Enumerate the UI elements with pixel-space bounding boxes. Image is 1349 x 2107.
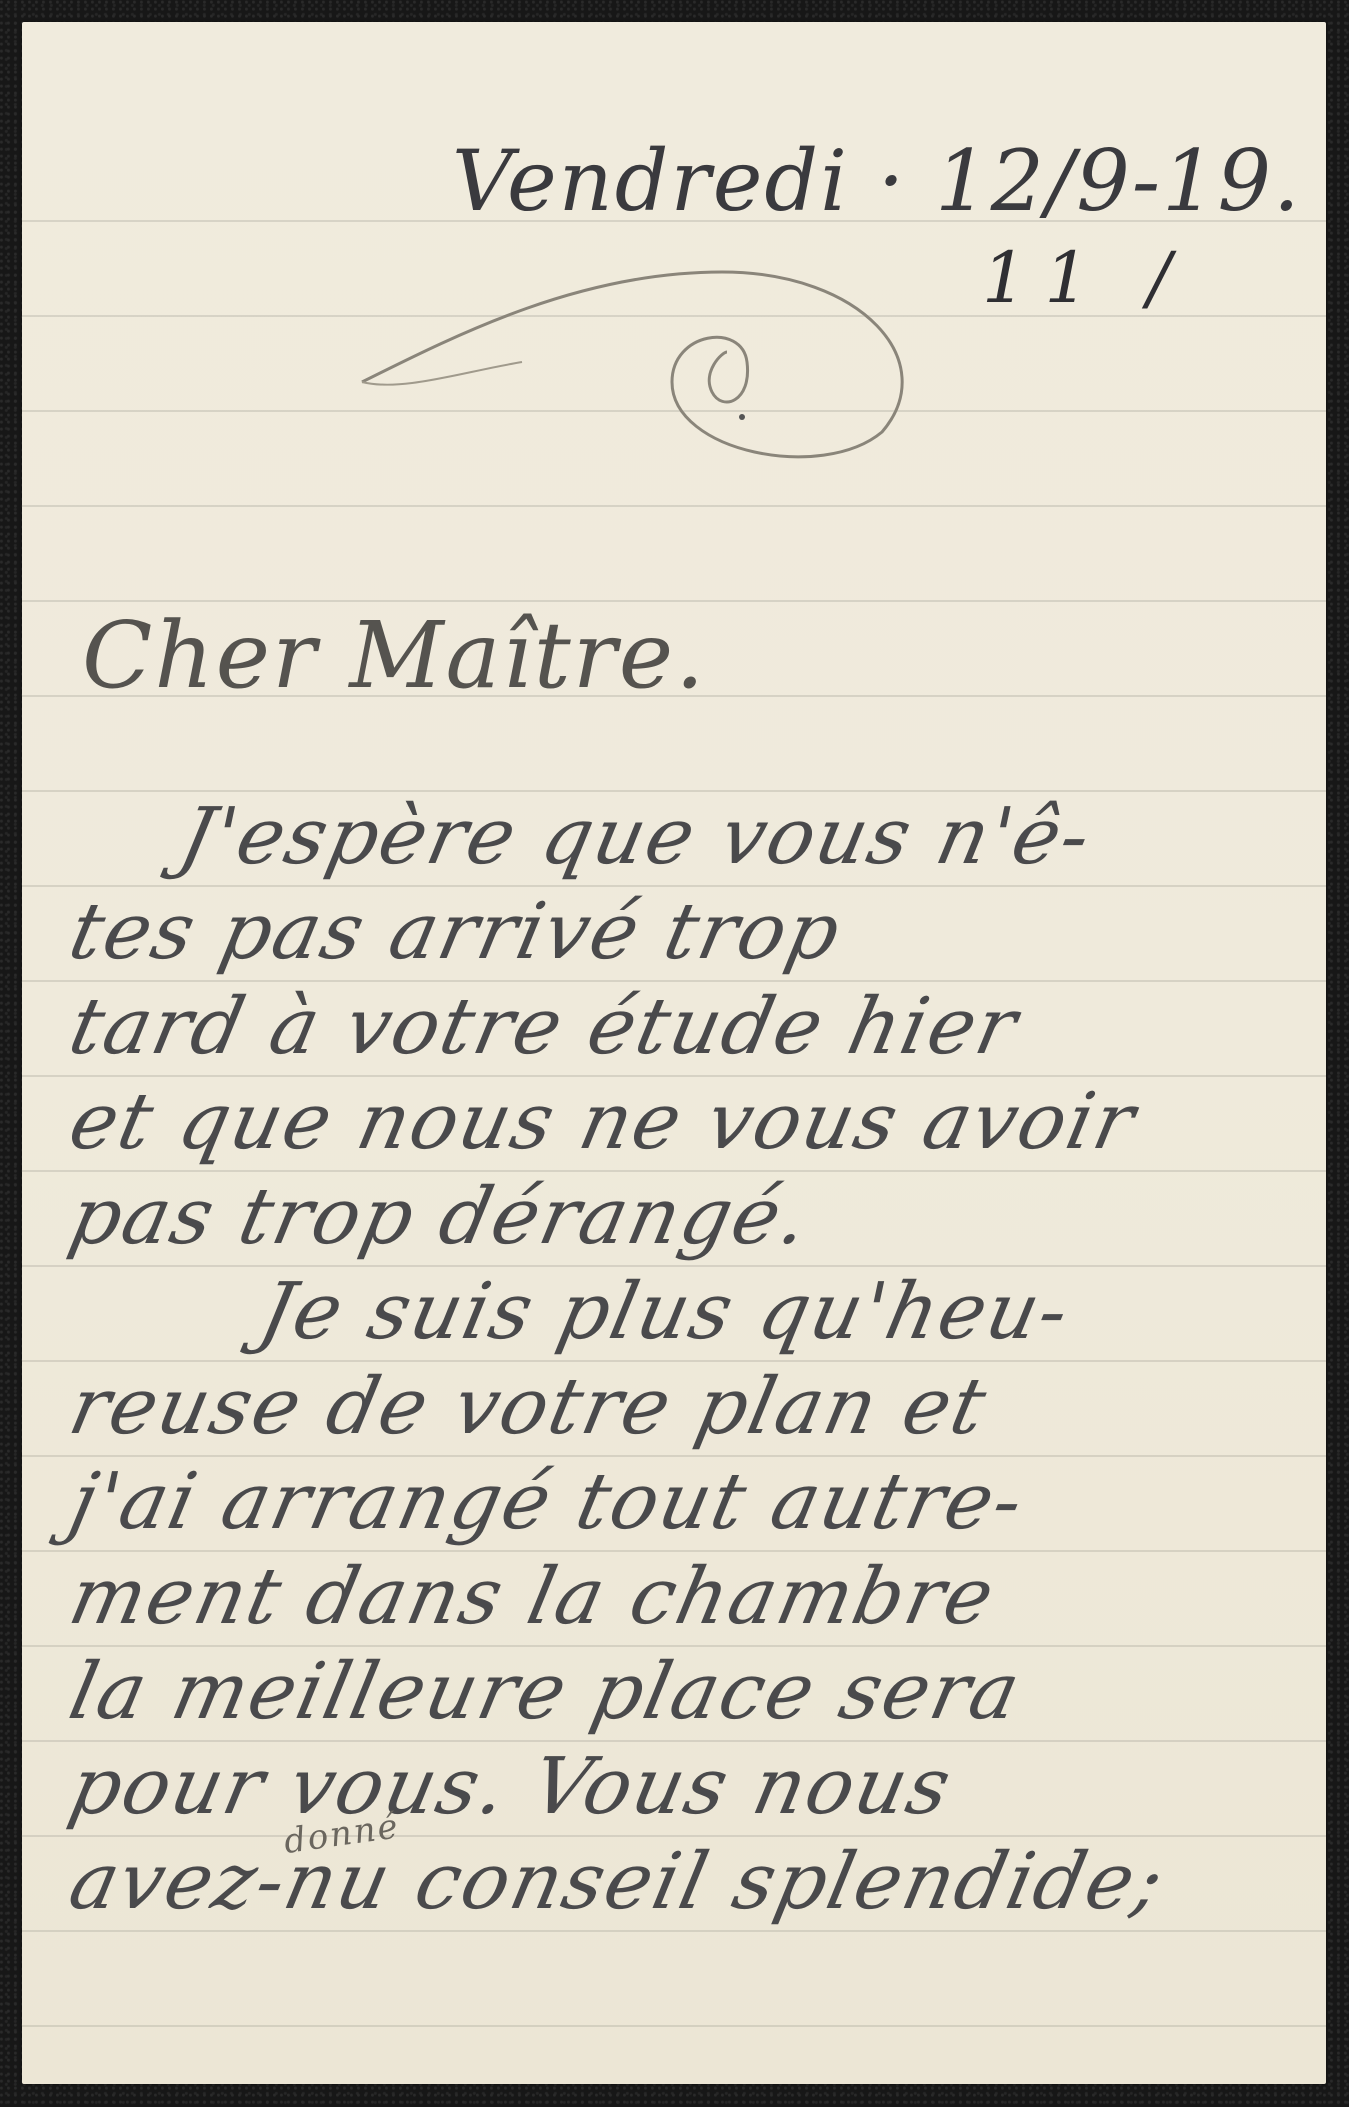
date-stroke-marks: 11 / xyxy=(982,237,1189,319)
body-line-9: ment dans la chambre xyxy=(62,1552,1003,1642)
body-line-7: reuse de votre plan et xyxy=(62,1362,995,1452)
ruled-line xyxy=(22,1930,1326,1932)
body-line-6: Je suis plus qu'heu- xyxy=(252,1267,1078,1357)
flourish-ornament xyxy=(342,242,982,476)
body-line-5: pas trop dérangé. xyxy=(62,1172,818,1262)
body-line-3: tard à votre étude hier xyxy=(62,982,1026,1072)
letter-paper: Vendredi · 12/9-19. 11 / Cher Maître. J'… xyxy=(22,22,1326,2084)
body-line-11: pour vous. Vous nous xyxy=(62,1742,960,1832)
letter-greeting: Cher Maître. xyxy=(82,602,706,709)
body-line-1: J'espère que vous n'ê- xyxy=(172,792,1100,882)
body-line-4: et que nous ne vous avoir xyxy=(62,1077,1144,1167)
ruled-line xyxy=(22,505,1326,507)
body-line-2: tes pas arrivé trop xyxy=(62,887,849,977)
body-line-12: avez-nu conseil splendide; xyxy=(62,1837,1173,1927)
body-line-10: la meilleure place sera xyxy=(62,1647,1029,1737)
letter-date: Vendredi · 12/9-19. xyxy=(452,132,1302,230)
body-line-8: j'ai arrangé tout autre- xyxy=(62,1457,1032,1547)
ruled-line xyxy=(22,2025,1326,2027)
